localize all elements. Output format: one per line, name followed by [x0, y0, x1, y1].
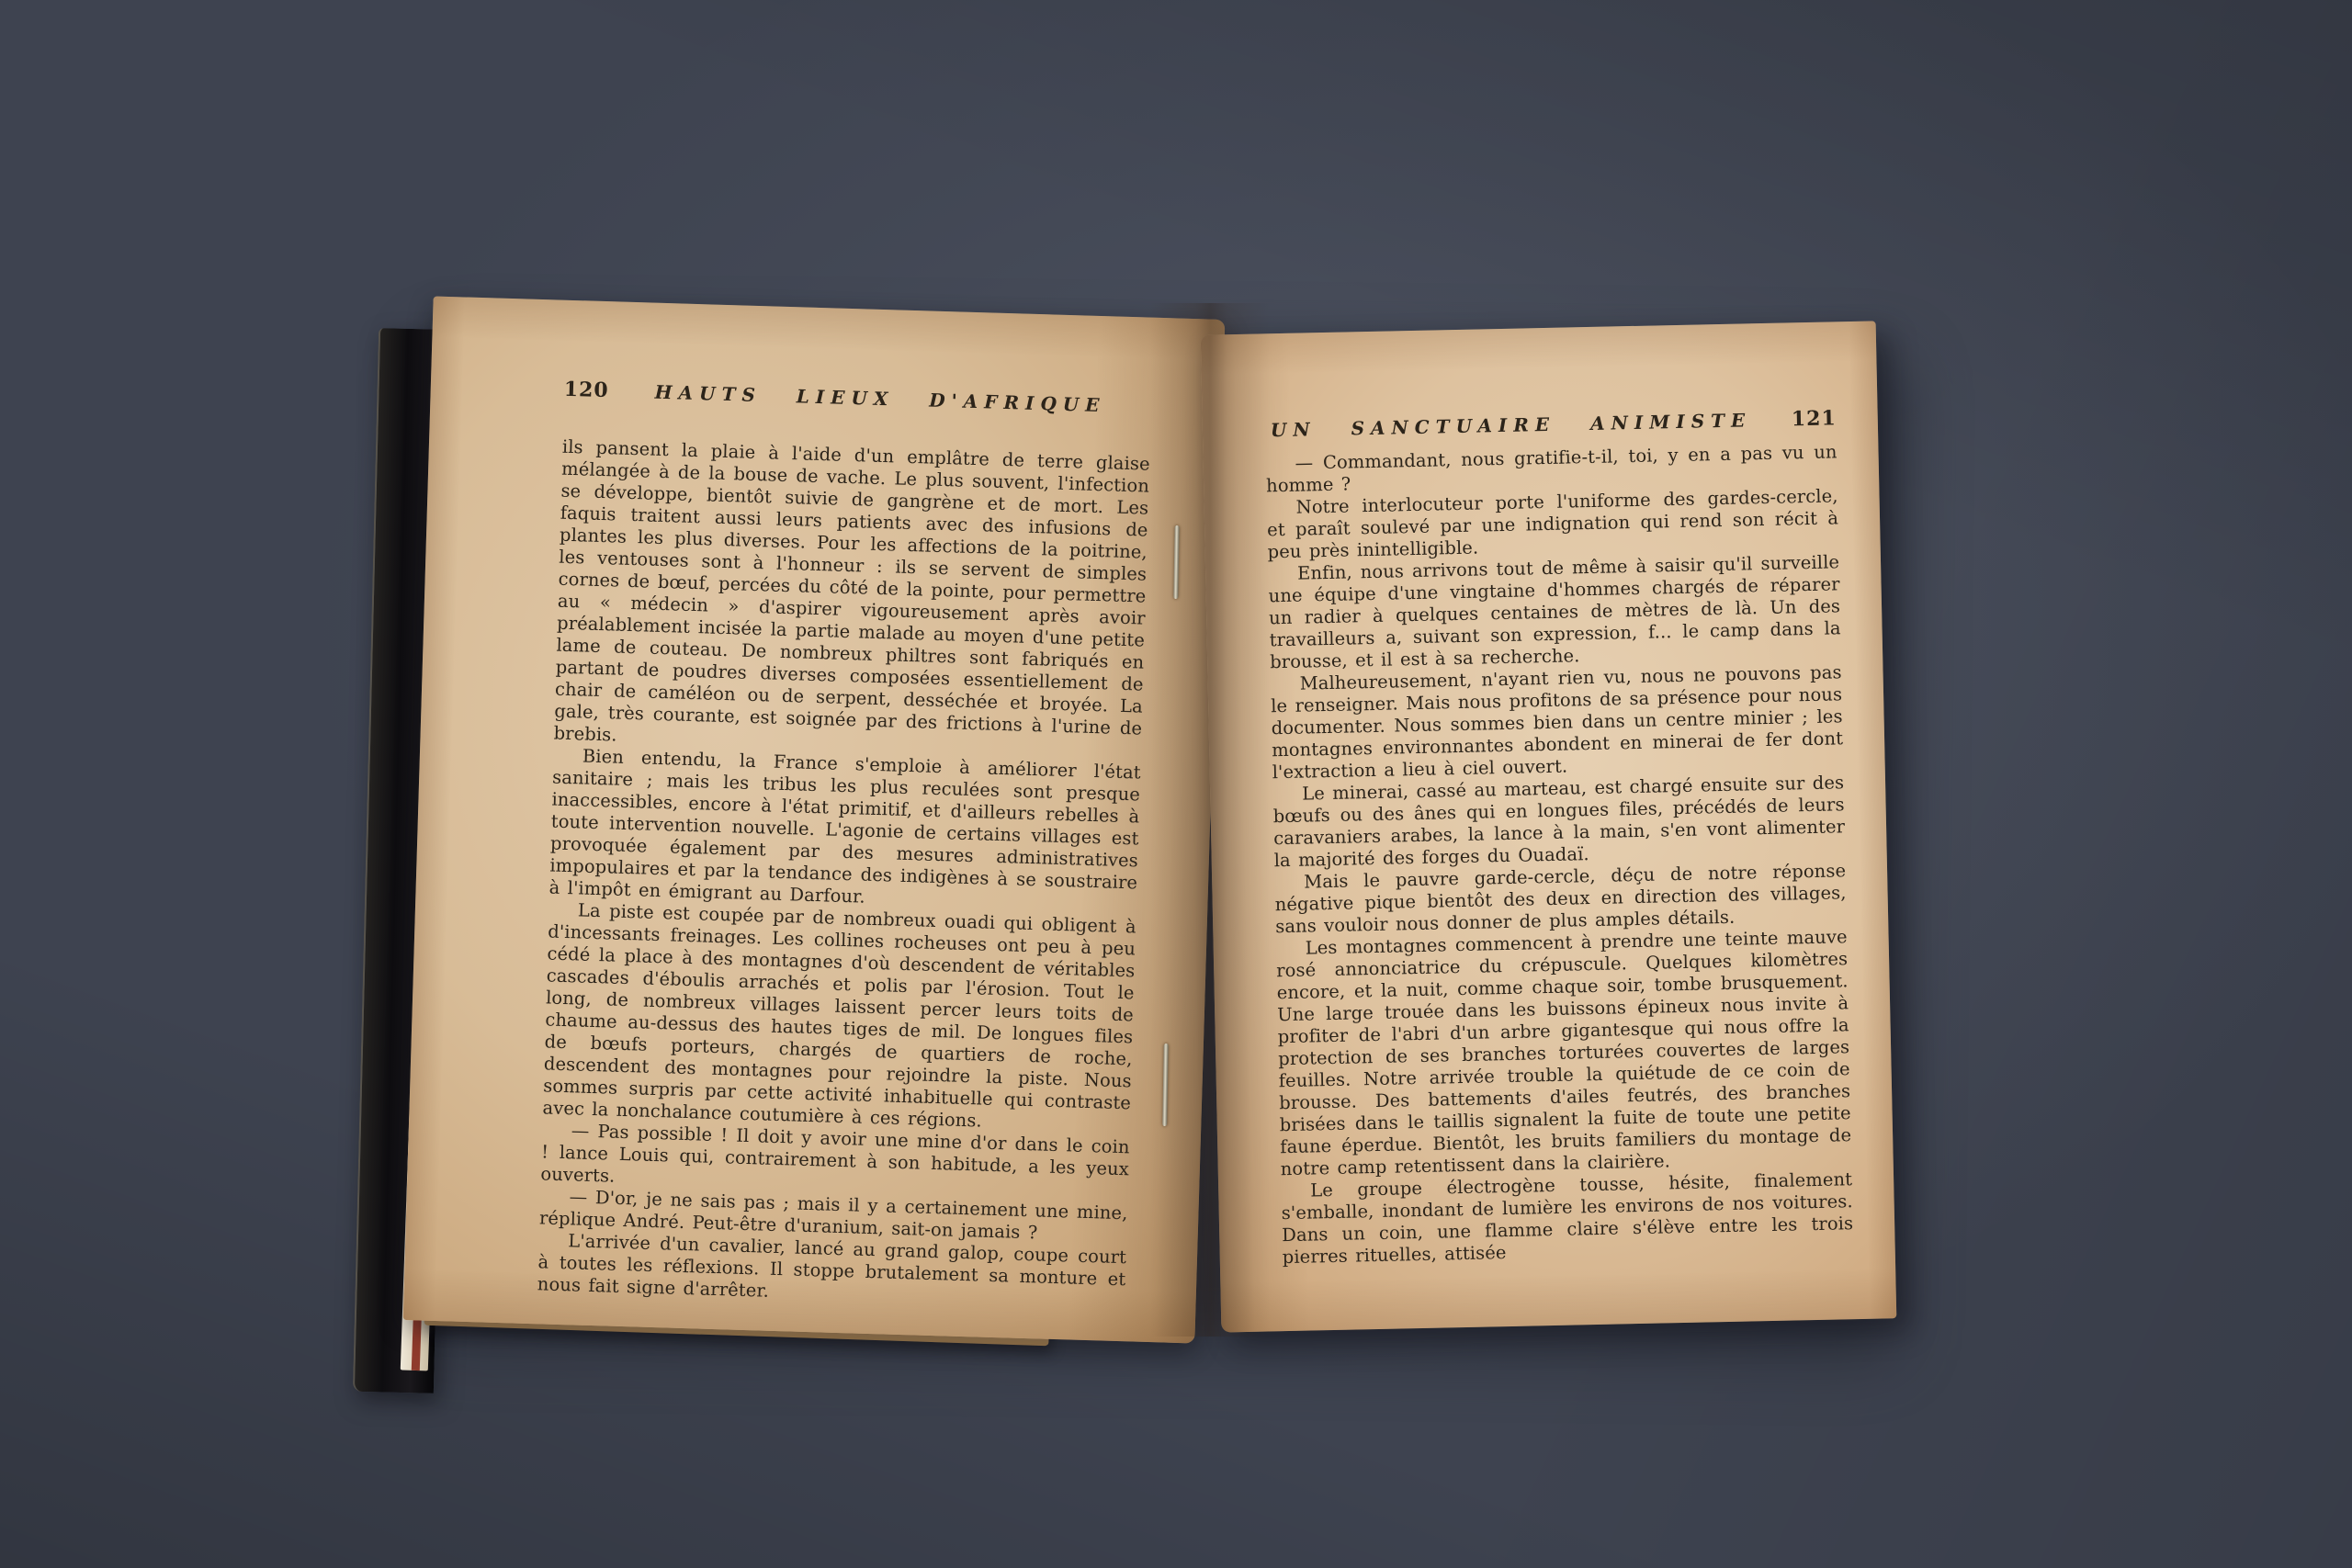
paragraph: ils pansent la plaie à l'aide d'un emplâ… — [553, 436, 1150, 762]
right-page: UN SANCTUAIRE ANIMISTE 121 — Commandant,… — [1201, 321, 1897, 1332]
paragraph: Les montagnes commencent à prendre une t… — [1275, 926, 1851, 1180]
photo-of-open-book: 120 HAUTS LIEUX D'AFRIQUE ils pansent la… — [0, 0, 2352, 1568]
right-page-number: 121 — [1792, 406, 1837, 431]
left-page-number: 120 — [563, 378, 609, 402]
left-page-body: ils pansent la plaie à l'aide d'un emplâ… — [537, 436, 1150, 1314]
left-page: 120 HAUTS LIEUX D'AFRIQUE ils pansent la… — [403, 296, 1226, 1343]
paragraph: Le groupe électrogène tousse, hésite, fi… — [1281, 1168, 1854, 1269]
left-running-title: HAUTS LIEUX D'AFRIQUE — [608, 379, 1152, 418]
left-page-header: 120 HAUTS LIEUX D'AFRIQUE — [563, 378, 1151, 419]
paragraph: Mais le pauvre garde-cercle, déçu de not… — [1274, 860, 1847, 938]
paragraph: Malheureusement, n'ayant rien vu, nous n… — [1270, 661, 1843, 784]
right-running-title: UN SANCTUAIRE ANIMISTE — [1265, 408, 1792, 441]
right-page-body: — Commandant, nous gratifie-t-il, toi, y… — [1265, 441, 1853, 1269]
paragraph: Le minerai, cassé au marteau, est chargé… — [1272, 772, 1846, 872]
paragraph: La piste est coupée par de nombreux ouad… — [542, 898, 1136, 1136]
paragraph: Notre interlocuteur porte l'uniforme des… — [1266, 485, 1838, 563]
right-page-header: UN SANCTUAIRE ANIMISTE 121 — [1265, 406, 1837, 442]
paragraph: Enfin, nous arrivons tout de même à sais… — [1268, 551, 1841, 673]
paragraph: Bien entendu, la France s'emploie à amél… — [548, 745, 1141, 917]
